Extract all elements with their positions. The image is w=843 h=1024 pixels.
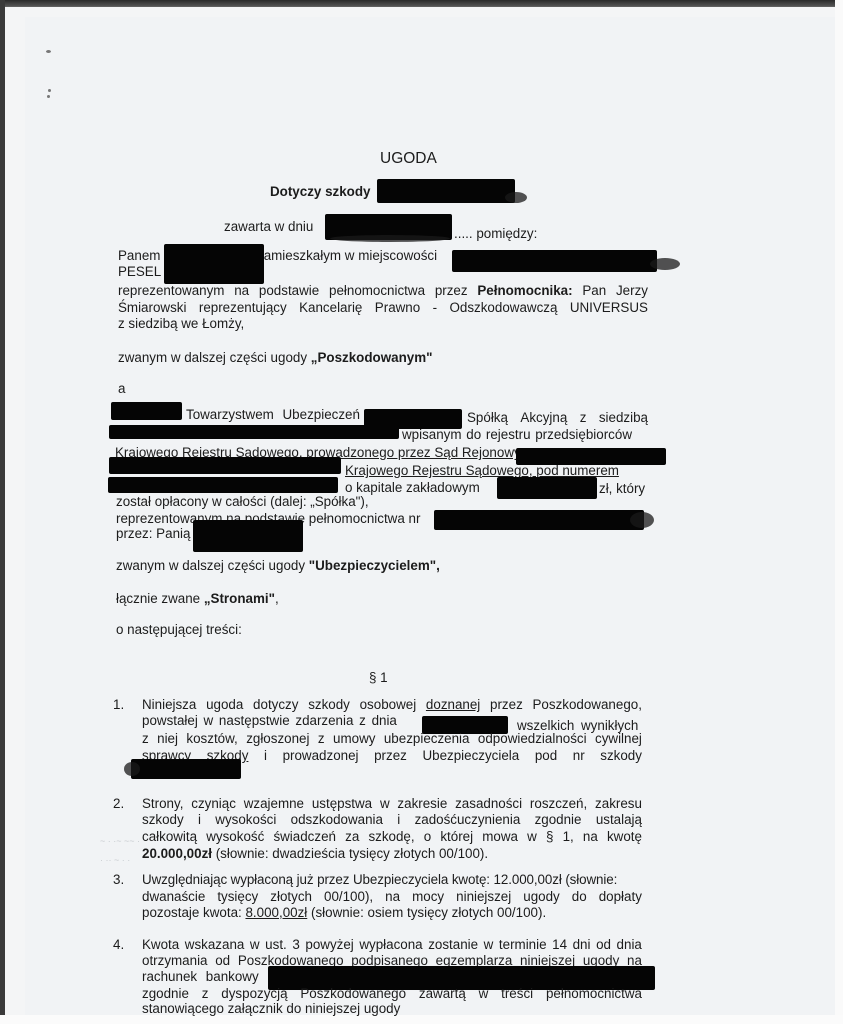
item-1-line: Niniejszaugodadotyczyszkodyosobowejdozna… <box>142 697 642 713</box>
item-3-remaining: pozostaje kwota: 8.000,00zł (słownie: os… <box>142 905 546 921</box>
and-conjunction: a <box>118 381 125 397</box>
subtitle-claim: Dotyczy szkody <box>270 184 370 200</box>
item-4-line: stanowiącego załącznik do niniejszej ugo… <box>142 1001 400 1017</box>
item-3-line: Uwzględniając wypłaconą już przez Ubezpi… <box>142 872 617 888</box>
item-1-number: 1. <box>113 697 124 713</box>
party2-named: zwanym w dalszej części ugody "Ubezpiecz… <box>116 558 440 574</box>
redaction-smear <box>330 235 450 242</box>
item-2-amount: 20.000,00zł (słownie: dwadzieścia tysięc… <box>142 846 488 862</box>
item-1-line: powstałej w następstwie zdarzenia z dnia <box>142 713 397 729</box>
redaction <box>164 244 264 284</box>
total-amount: 20.000,00zł <box>142 846 212 861</box>
party2-paid: został opłacony w całości (dalej: „Spółk… <box>116 494 369 510</box>
redaction <box>111 402 182 420</box>
item-4-line: Kwotawskazanawust.3powyżejwypłaconazosta… <box>142 937 642 953</box>
item-1-line: zniejkosztów,zgłoszonejzumowyubezpieczen… <box>142 731 642 747</box>
redaction <box>377 179 515 203</box>
redaction <box>108 477 338 493</box>
party1-line1-a: Panem <box>118 248 160 264</box>
section-heading: § 1 <box>369 670 388 686</box>
show-through-text: · ·· ~ · · <box>100 855 130 865</box>
redaction <box>109 425 399 439</box>
party1-representation: reprezentowanymnapodstawiepełnomocnictwa… <box>118 283 648 299</box>
redaction-smear <box>630 512 654 528</box>
scan-speck <box>46 50 51 53</box>
jointly-named: łącznie zwane „Stronami", <box>116 591 279 607</box>
item-4-number: 4. <box>113 937 124 953</box>
party2-registry: wpisanym do rejestru przedsiębiorców <box>402 427 632 443</box>
redaction <box>131 759 241 779</box>
party2-insurer: Towarzystwem Ubezpieczeń <box>186 407 360 423</box>
redaction <box>434 510 644 530</box>
party1-seat: z siedzibą we Łomży, <box>118 316 244 332</box>
party1-attorney: ŚmiarowskireprezentującyKancelarięPrawno… <box>118 300 648 316</box>
scan-right-edge <box>835 0 843 1024</box>
scan-bottom-edge <box>0 1015 843 1024</box>
document-title: UGODA <box>380 151 437 167</box>
show-through-text: ~ · ·~ ~~ · <box>100 836 140 846</box>
item-4-line: zgodniezdyspozycjąPoszkodowanegozawartąw… <box>142 986 642 1002</box>
item-2-line: szkodyiwysokościodszkodowaniaizadośćuczy… <box>142 812 642 828</box>
item-2-number: 2. <box>113 796 124 812</box>
party2-company-type: SpółkąAkcyjnązsiedzibą <box>467 410 648 426</box>
party1-named: zwanym w dalszej części ugody „Poszkodow… <box>118 350 432 366</box>
item-4-line: rachunek bankowy <box>142 969 259 985</box>
redaction <box>452 250 657 272</box>
party1-pesel: PESEL <box>118 264 161 280</box>
redaction <box>193 520 303 552</box>
content-intro: o następującej treści: <box>116 622 242 638</box>
redaction-smear <box>124 762 140 776</box>
redaction-smear <box>650 258 680 270</box>
redaction-smear <box>505 192 527 203</box>
party2-currency: zł, który <box>599 481 645 497</box>
concluded-between: ..... pomiędzy: <box>454 226 537 242</box>
scan-speck <box>48 89 51 92</box>
concluded-on: zawarta w dniu <box>224 219 313 235</box>
item-2-line: całkowitąwysokośćświadczeńzaszkodę,októr… <box>142 829 642 845</box>
scan-speck <box>47 95 50 98</box>
item-3-line: dwanaścietysięcyzłotych00/100),namocynin… <box>142 889 642 905</box>
redaction <box>497 477 597 499</box>
party1-line1-b: zamieszkałym w miejscowości <box>257 248 437 264</box>
redaction <box>109 457 341 474</box>
item-2-line: Strony,czyniącwzajemneustępstwawzakresie… <box>142 796 642 812</box>
party2-by: przez: Panią <box>116 526 190 542</box>
item-3-number: 3. <box>113 872 124 888</box>
remaining-amount: 8.000,00zł <box>245 905 307 920</box>
